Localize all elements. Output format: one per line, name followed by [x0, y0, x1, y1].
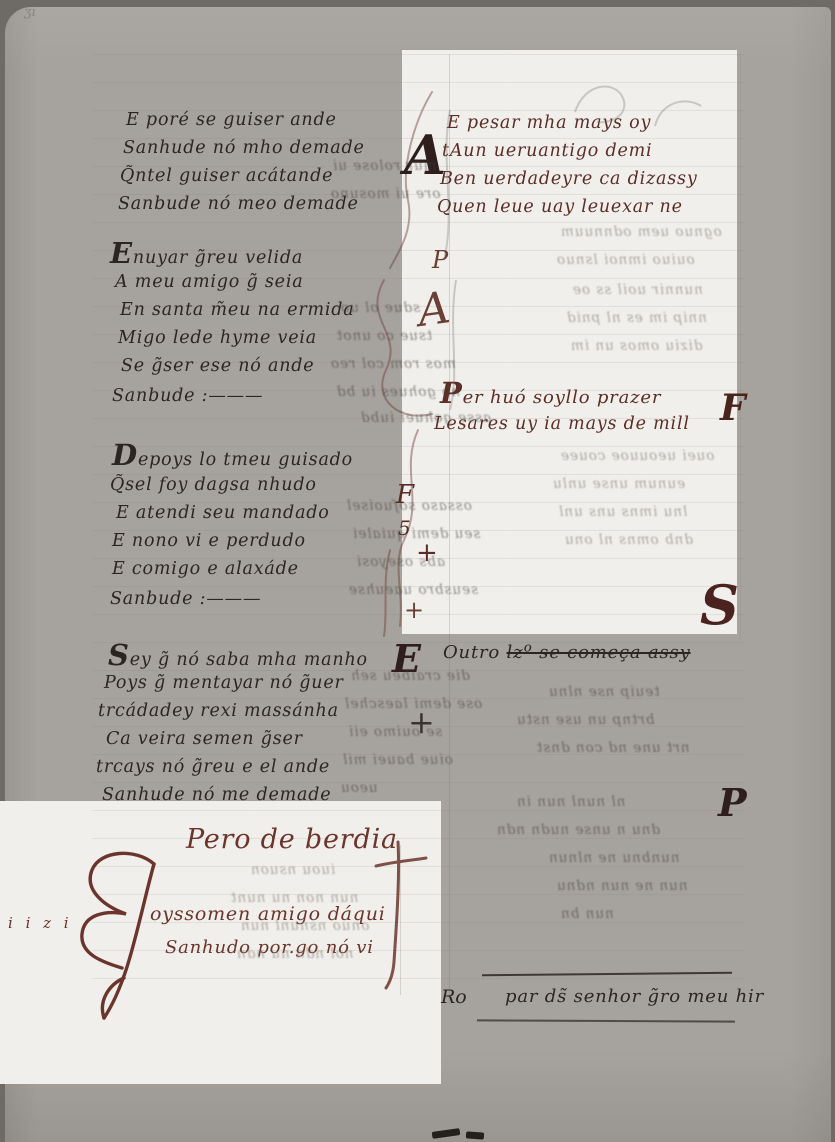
bleedthrough-line: nl nunl nun in [516, 794, 625, 810]
verse-line: En santa m̃eu na ermida [120, 300, 355, 320]
verse-line: A meu amigo g̃ seia [115, 272, 303, 292]
bleedthrough-line: abs oseyosi [356, 554, 445, 570]
bleedthrough-line: ueou [340, 780, 378, 796]
margin-letter: F [720, 390, 746, 426]
margin-letter: A [415, 286, 453, 334]
bleedthrough-line: nun non nu nunt [230, 890, 358, 906]
verse-line: Poys g̃ mentayar nó g̃uer [104, 673, 344, 693]
footer-margin-mark: Ro [441, 988, 467, 1007]
verse-line: Sanhude nó mho demade [123, 138, 365, 158]
verse-line: Sey g̃ nó saba mha manho [108, 645, 368, 670]
cutoff-ink-mark [466, 1131, 484, 1139]
verse-line: Sanbude nó meo demade [118, 194, 359, 214]
bleedthrough-line: lnu imns uns unl [558, 504, 687, 520]
verse-line: Sanbude :——— [112, 386, 263, 406]
bleedthrough-line: seu demi quialei [352, 526, 480, 542]
footer-verse: par ds̃ senhor g̃ro meu hir [505, 986, 764, 1007]
bleedthrough-line: seusbro uaeuhse [348, 582, 478, 598]
bleedthrough-line: ossaso sofuoisel [346, 498, 472, 514]
verse-line: Se g̃ser ese nó ande [121, 356, 314, 376]
bleedthrough-line: nun bn [560, 906, 614, 922]
corner-annotation: ʒı [24, 6, 36, 19]
verse-line: tAun ueruantigo demi [442, 141, 652, 161]
bleedthrough-line: ognuo uem odnnuum [560, 224, 722, 240]
margin-letter: P [718, 784, 747, 822]
bleedthrough-line: sdue ol uo [340, 300, 420, 316]
bleedthrough-line: se ouimo eii [348, 724, 442, 740]
verse-line: E poré se guiser ande [126, 110, 337, 130]
margin-letter: S [700, 578, 739, 632]
bleedthrough-line: dnu n unse nudn ndn [496, 822, 660, 838]
bleedthrough-line: ouei ueouuoe couee [560, 448, 714, 464]
bleedthrough-line: oiue bauei mil [342, 752, 453, 768]
bleedthrough-line: die craibeu seh [350, 668, 470, 684]
bleedthrough-line: no gohues iu bd [336, 384, 460, 400]
verse-line: Ben uerdadeyre ca dizassy [440, 169, 698, 189]
verse-line: Sanbude :——— [110, 589, 261, 609]
bleedthrough-line: ore ui mosuno [330, 186, 441, 202]
verse-line: Q̃ntel guiser acátande [120, 166, 333, 186]
bleedthrough-line: mos rom col reo [330, 356, 456, 372]
author-rubric: Pero de berdia [186, 824, 398, 855]
verse-line: trcádadey rexi massánha [98, 701, 339, 721]
margin-letter: + [404, 598, 424, 622]
cross-flourish-icon [370, 840, 430, 990]
bleedthrough-line: nunbnu ne nlnun [548, 850, 679, 866]
bleedthrough-line: ouiuo imnoi lsnuo [556, 252, 695, 268]
outro-rubric: Outro lzº se começa assy [443, 642, 691, 663]
bleedthrough-line: nnip im es nl pnid [566, 310, 707, 326]
verse-line: Q̃sel foy dagsa nhudo [110, 475, 317, 495]
bleedthrough-line: onuo nsnunl nun [240, 918, 369, 934]
bleedthrough-line: brtnp un use nstu [516, 712, 654, 728]
bleedthrough-line: ose demi laeschel [344, 696, 482, 712]
verse-line: trcays nó g̃reu e el ande [96, 757, 330, 777]
verse-line: Quen leue uay leuexar ne [437, 197, 683, 217]
verse-line: E comigo e alaxáde [112, 559, 299, 579]
outro-struck-text: lzº se começa assy [507, 642, 691, 663]
bleedthrough-line: nol ndn nu ndn [236, 946, 353, 962]
bleedthrough-line: nrt une nd con dnst [536, 740, 690, 756]
verse-line: Ca veira semen g̃ser [106, 729, 303, 749]
bleedthrough-line: iuou nsuon [250, 862, 335, 878]
verse-line: Sanhude nó me demade [102, 785, 331, 805]
folio-margin-mark: i i z i [8, 916, 73, 931]
bleedthrough-line: eunum unse unlu [552, 476, 685, 492]
bleedthrough-line: nun ne nun ndnu [556, 878, 687, 894]
manuscript-scan: ʒı E poré se guiser ande Sanhude nó mho … [0, 0, 835, 1142]
verse-line: E atendi seu mandado [116, 503, 330, 523]
bleedthrough-line: asse gohuei iubd [360, 410, 491, 426]
bleedthrough-line: diziu omos un im [570, 338, 702, 354]
verse-line: Enuyar g̃reu velida [110, 243, 303, 268]
bleedthrough-line: dnb omns nl onu [564, 532, 693, 548]
verse-line: Depoys lo tmeu guisado [112, 445, 353, 470]
verse-line: E nono vi e perdudo [112, 531, 306, 551]
bleedthrough-line: nunnir uoil ss oe [572, 282, 703, 298]
verse-line: Migo lede hyme veia [118, 328, 317, 348]
margin-letter: P [432, 248, 448, 272]
pencil-loops-icon [545, 72, 715, 132]
margin-rule [740, 54, 741, 640]
verse-line: Per huó soyllo prazer [440, 383, 661, 408]
flourished-initial-icon [70, 848, 180, 1023]
bleedthrough-line: teuip nse nlnu [548, 684, 660, 700]
bleedthrough-line: tsue co unot [336, 328, 432, 344]
bleedthrough-line: mur rolose ui [332, 158, 437, 174]
